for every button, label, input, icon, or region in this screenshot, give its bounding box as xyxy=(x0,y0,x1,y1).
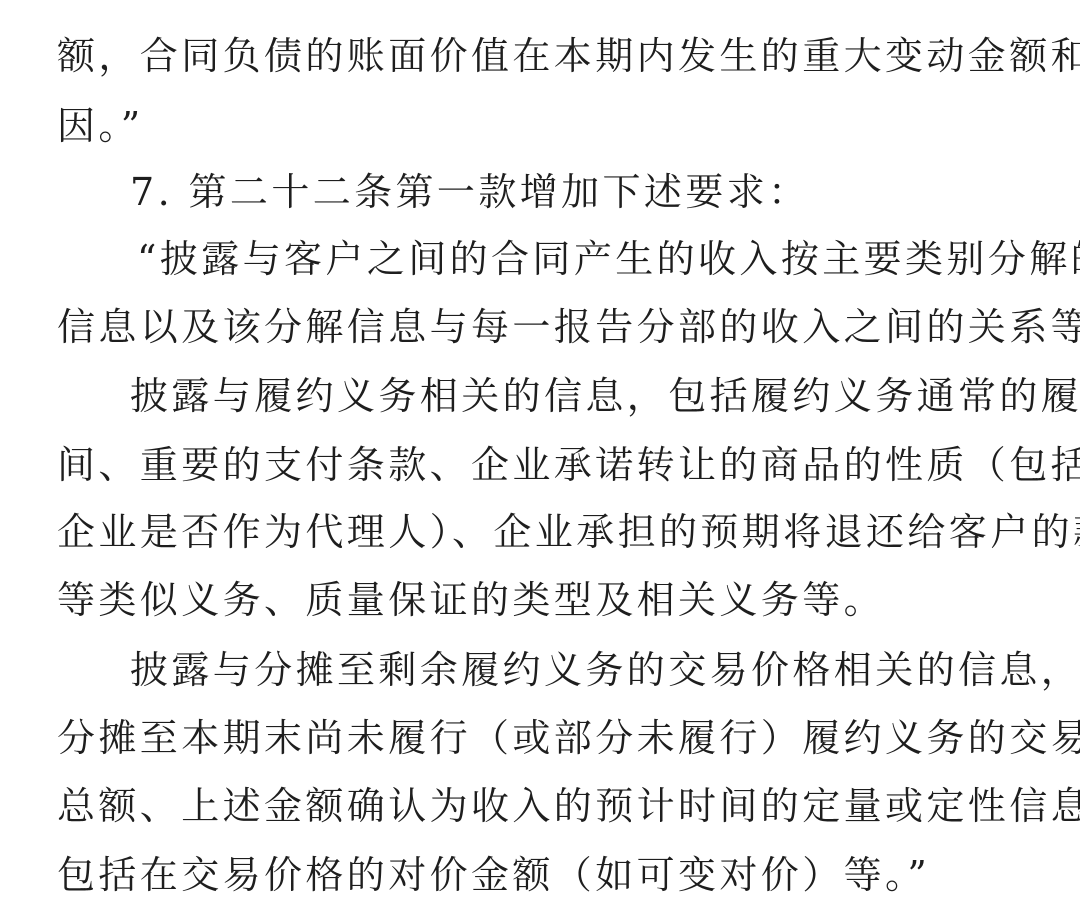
text-line-12: 总额、上述金额确认为收入的预计时间的定量或定性信息、未 xyxy=(57,776,1052,836)
text-line-9: 等类似义务、质量保证的类型及相关义务等。 xyxy=(57,570,1052,630)
text-line-10: 披露与分摊至剩余履约义务的交易价格相关的信息，包括 xyxy=(130,640,1052,700)
text-line-11: 分摊至本期末尚未履行（或部分未履行）履约义务的交易价格 xyxy=(57,708,1052,768)
text-line-13: 包括在交易价格的对价金额（如可变对价）等。” xyxy=(57,845,1052,905)
text-line-5: 信息以及该分解信息与每一报告分部的收入之间的关系等。 xyxy=(57,297,1052,357)
text-line-7: 间、重要的支付条款、企业承诺转让的商品的性质（包括说明 xyxy=(57,435,1052,495)
section-heading-7: 7. 第二十二条第一款增加下述要求： xyxy=(130,162,1052,222)
text-line-2: 因。” xyxy=(57,96,1052,156)
text-line-6: 披露与履约义务相关的信息，包括履约义务通常的履行时 xyxy=(130,366,1052,426)
text-line-8: 企业是否作为代理人）、企业承担的预期将退还给客户的款项 xyxy=(57,502,1052,562)
text-line-4: “披露与客户之间的合同产生的收入按主要类别分解的 xyxy=(137,229,1052,289)
text-line-1: 额，合同负债的账面价值在本期内发生的重大变动金额和原 xyxy=(57,26,1052,86)
document-page: 额，合同负债的账面价值在本期内发生的重大变动金额和原 因。” 7. 第二十二条第… xyxy=(0,0,1080,916)
